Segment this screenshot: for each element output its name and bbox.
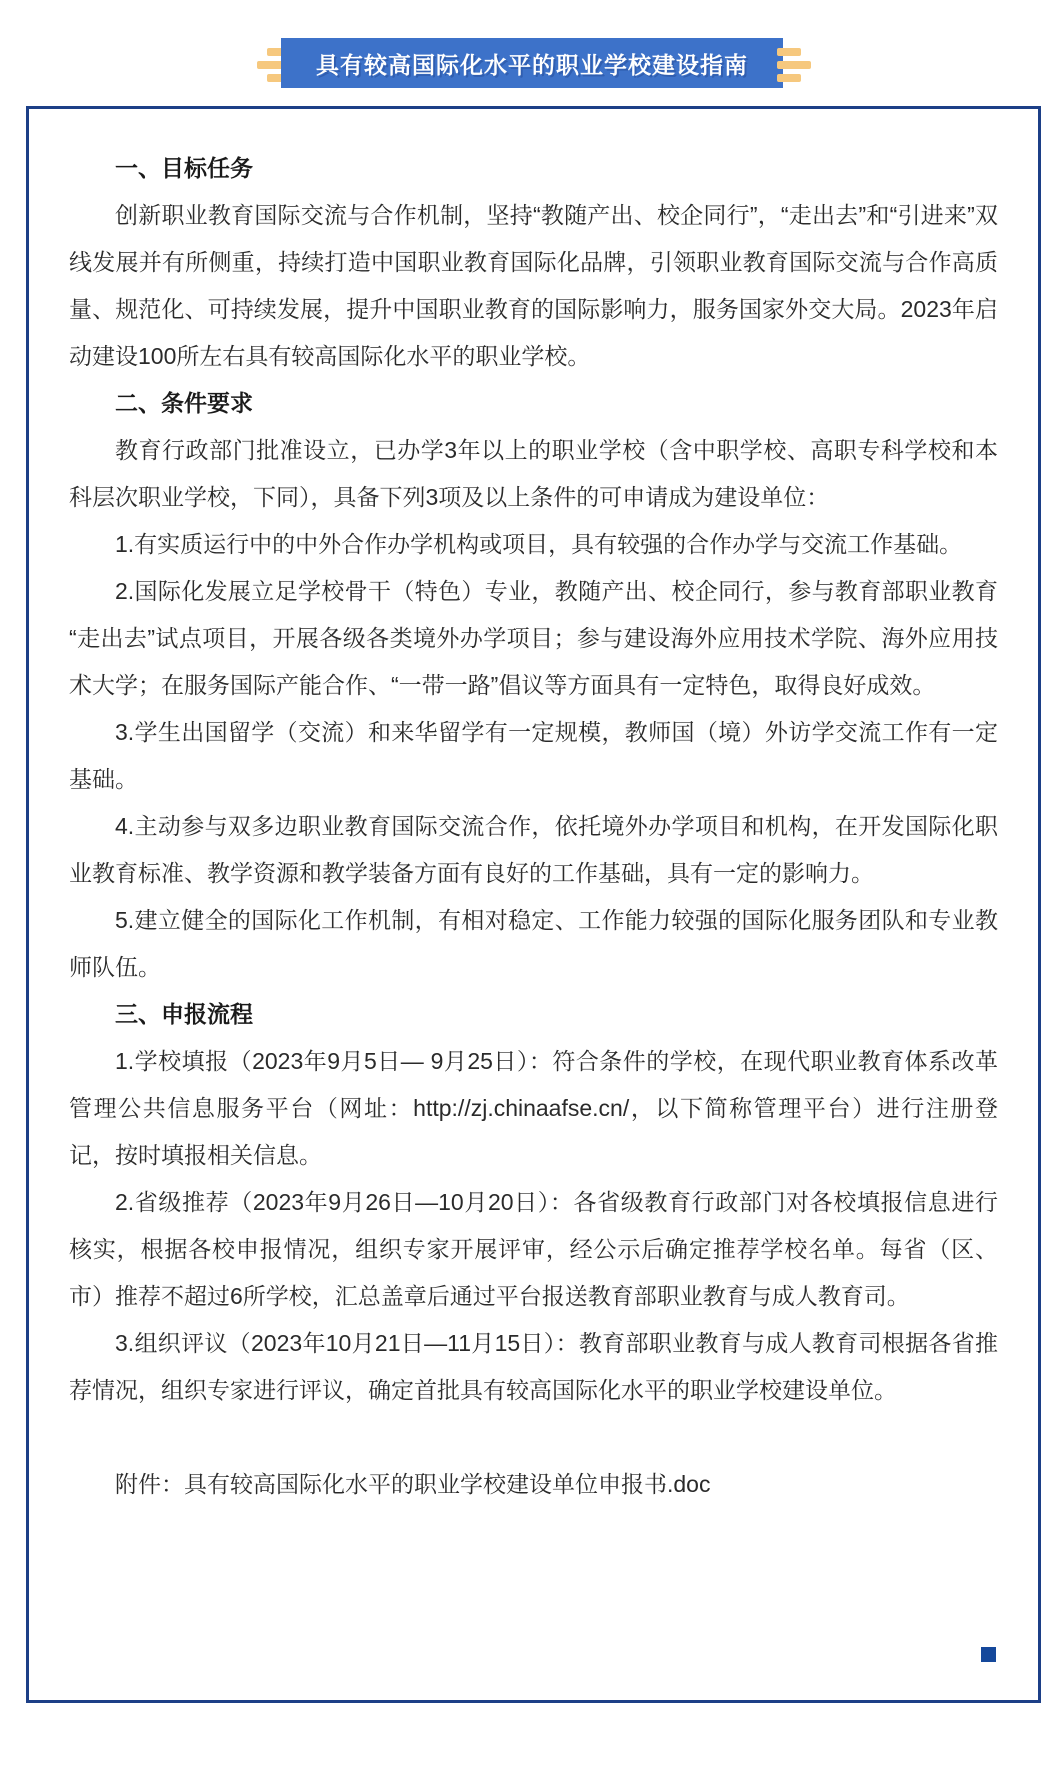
- document-body: 一、目标任务 创新职业教育国际交流与合作机制，坚持“教随产出、校企同行”，“走出…: [29, 109, 1038, 1508]
- paragraph: 1.有实质运行中的中外合作办学机构或项目，具有较强的合作办学与交流工作基础。: [69, 521, 998, 568]
- section-heading-application-process: 三、申报流程: [69, 991, 998, 1038]
- banner: 具有较高国际化水平的职业学校建设指南: [281, 38, 783, 88]
- document-frame: 一、目标任务 创新职业教育国际交流与合作机制，坚持“教随产出、校企同行”，“走出…: [26, 106, 1041, 1703]
- paragraph: 教育行政部门批准设立，已办学3年以上的职业学校（含中职学校、高职专科学校和本科层…: [69, 427, 998, 521]
- paragraph: 2.省级推荐（2023年9月26日—10月20日）：各省级教育行政部门对各校填报…: [69, 1179, 998, 1320]
- decoration-bar-right-top: [777, 48, 801, 56]
- paragraph: 5.建立健全的国际化工作机制，有相对稳定、工作能力较强的国际化服务团队和专业教师…: [69, 897, 998, 991]
- banner-header: 具有较高国际化水平的职业学校建设指南: [0, 38, 1064, 88]
- decoration-bar-right-middle: [777, 61, 811, 69]
- page: 具有较高国际化水平的职业学校建设指南 一、目标任务 创新职业教育国际交流与合作机…: [0, 0, 1064, 1790]
- paragraph: 1.学校填报（2023年9月5日— 9月25日）：符合条件的学校，在现代职业教育…: [69, 1038, 998, 1179]
- paragraph: 创新职业教育国际交流与合作机制，坚持“教随产出、校企同行”，“走出去”和“引进来…: [69, 192, 998, 380]
- decoration-bar-right-bottom: [777, 74, 801, 82]
- corner-square-decoration: [981, 1647, 996, 1662]
- paragraph: 2.国际化发展立足学校骨干（特色）专业，教随产出、校企同行，参与教育部职业教育“…: [69, 568, 998, 709]
- page-title: 具有较高国际化水平的职业学校建设指南: [316, 47, 748, 80]
- section-heading-goals: 一、目标任务: [69, 145, 998, 192]
- section-heading-requirements: 二、条件要求: [69, 380, 998, 427]
- paragraph: 4.主动参与双多边职业教育国际交流合作，依托境外办学项目和机构，在开发国际化职业…: [69, 803, 998, 897]
- attachment-link[interactable]: 附件：具有较高国际化水平的职业学校建设单位申报书.doc: [69, 1461, 998, 1508]
- paragraph: 3.学生出国留学（交流）和来华留学有一定规模，教师国（境）外访学交流工作有一定基…: [69, 709, 998, 803]
- paragraph: 3.组织评议（2023年10月21日—11月15日）：教育部职业教育与成人教育司…: [69, 1320, 998, 1414]
